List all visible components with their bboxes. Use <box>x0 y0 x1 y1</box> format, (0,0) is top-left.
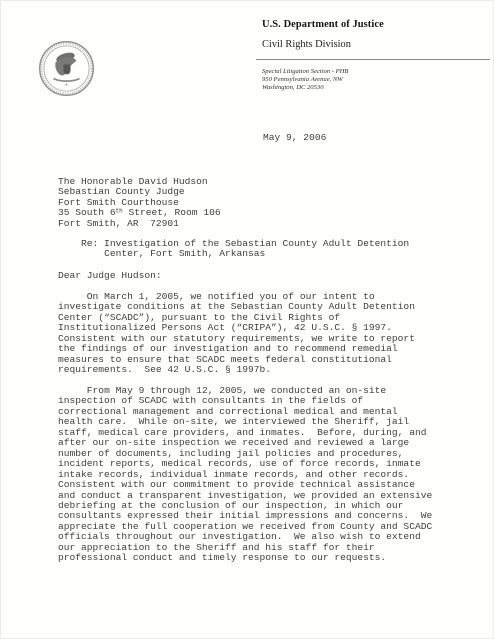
salutation: Dear Judge Hudson: <box>58 271 162 281</box>
letter-date: May 9, 2006 <box>263 133 326 143</box>
office-address: Special Litigation Section - PHB950 Penn… <box>262 68 348 92</box>
subject-line: Re: Investigation of the Sebastian Count… <box>58 239 409 260</box>
division-name: Civil Rights Division <box>262 39 351 50</box>
letterhead-divider <box>256 59 490 60</box>
recipient-address: The Honorable David HudsonSebastian Coun… <box>58 177 221 229</box>
letter-page: U.S. Department of Justice Civil Rights … <box>0 0 494 639</box>
agency-name: U.S. Department of Justice <box>262 19 384 30</box>
doj-seal-icon <box>38 40 95 97</box>
body-paragraph-2: From May 9 through 12, 2005, we conducte… <box>58 386 432 564</box>
body-paragraph-1: On March 1, 2005, we notified you of our… <box>58 292 415 376</box>
